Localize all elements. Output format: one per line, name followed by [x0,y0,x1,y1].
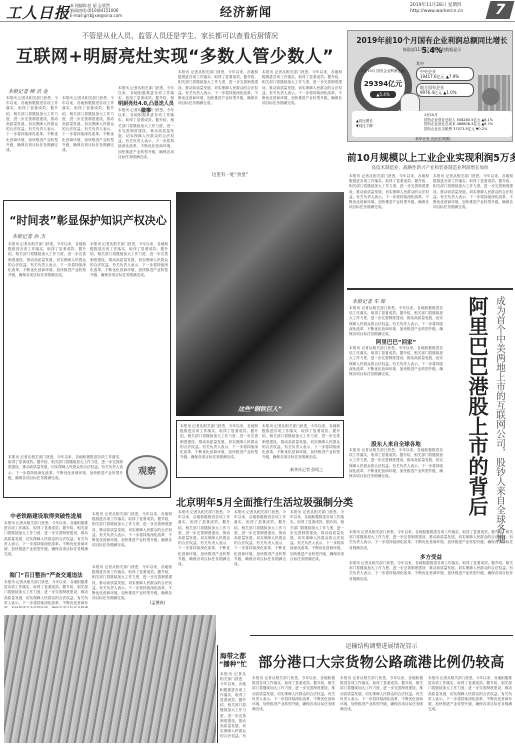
central-chip: 中央企业 19417.6亿元 ▲7.9% [416,67,474,81]
police-text-2: 本报讯 记者从相关部门获悉，今年以来，各地积极推进各项工作落实，取得了显著成效。… [92,565,172,601]
ports-col-3: 本报讯 记者从相关部门获悉，今年以来，各地积极推进各项工作落实，取得了显著成效。… [428,676,512,744]
alibaba-wide-1: 本报讯 记者从相关部门获悉，今年以来，各地积极推进各项工作落实，取得了显著成效。… [349,530,513,552]
alibaba-title[interactable]: 阿里巴巴港股上市的背后 [465,296,489,546]
photo-credit: 新华社记者 彭昭之 [290,467,323,473]
industry-col-1: 本报讯 记者从相关部门获悉，今年以来，各地积极推进各项工作落实，取得了显著成效。… [349,174,429,274]
ports-kicker: 运输结构调整进展情况显示 [250,641,513,650]
ip-col-1: 本报讯 记者从相关部门获悉，今年以来，各地积极推进各项工作落实，取得了显著成效。… [8,242,86,452]
site-link[interactable]: http://www.workercn.cn [410,9,463,15]
central-change: ▲7.9% [446,74,459,79]
lead-col-5: 本报讯 记者从相关部门获悉，今年以来，各地积极推进各项工作落实，取得了显著成效。… [262,70,342,180]
industry-col-2: 本报讯 记者从相关部门获悉，今年以来，各地积极推进各项工作落实，取得了显著成效。… [433,174,513,274]
ports-headline[interactable]: 部分港口大宗货物公路疏港比例仍较高 [250,652,513,672]
ring-value: 29394亿元 [358,79,408,89]
badge-label: 观察 [138,467,156,477]
sea-photo[interactable] [4,615,216,743]
industry-subhead: 高技术制造业、战略性新兴产业和装备制造业利润增长加快 [347,165,513,171]
lead-col-4: 本报讯 记者从相关部门获悉，今年以来，各地积极推进各项工作落实，取得了显著成效。… [178,70,258,180]
ip-headline[interactable]: “时间表”彰显保护知识产权决心 [8,212,168,228]
alibaba-byline: 本报记者 车 辉 [352,298,385,305]
alibaba-intro: 本报讯 记者从相关部门获悉，今年以来，各地积极推进各项工作落实，取得了显著成效。… [349,306,443,336]
railway-headline[interactable]: 中老铁路建设取得突破性进展 [4,512,88,520]
beijing-col-2: 本报讯 记者从相关部门获悉，今年以来，各地积极推进各项工作落实，取得了显著成效。… [234,510,286,602]
industry-headline[interactable]: 前10月规模以上工业企业实现利润5万多亿元 [347,150,513,164]
ports-col-1: 本报讯 记者从相关部门获悉，今年以来，各地积极推进各项工作落实，取得了显著成效。… [252,676,335,744]
sea-headline-2: “播种”忙 [218,660,248,668]
central-value: 19417.6亿元 [420,74,445,79]
ports-divider [250,635,513,636]
beijing-headline[interactable]: 北京明年5月全面推行生活垃圾强制分类 [176,494,344,509]
lead-headline[interactable]: 互联网+明厨亮灶实现“多数人管少数人” [10,42,340,67]
railway-text: 本报讯 记者从相关部门获悉，今年以来，各地积极推进各项工作落实，取得了显著成效。… [4,521,88,559]
lead-byline: 本报记者 柳 洁 金 [8,88,48,95]
infographic-credit: 新华社发 (边纪红制图) [398,137,468,142]
email[interactable]: E-mail:grrbjjxw@sina.com [70,13,122,18]
sea-headline-1: 海带之都 [218,652,248,660]
col-mid-text: 本报讯 记者从相关部门获悉，今年以来，各地积极推进各项工作落实，取得了显著成效。… [92,512,172,560]
lead-col-3: 本报讯 记者从相关部门获悉，今年以来，各地积极推进各项工作落实，取得了显著成效。… [118,108,174,196]
masthead-info: 本刊编辑:赵 丽 志欣然 新闻热线:(010)84151006 E-mail:g… [70,3,122,18]
police-text: 本报讯 记者从相关部门获悉，今年以来，各地积极推进各项工作落实，取得了显著成效。… [4,580,88,608]
alibaba-col-1: 本报讯 记者从相关部门获悉，今年以来，各地积极推进各项工作落实，取得了显著成效。… [349,346,443,438]
alibaba-subhead-3: 多方受益 [349,553,513,561]
photo-caption-small: 这里有一处“食堂” [200,172,260,178]
photo-text-2: 本报讯 记者从相关部门获悉，今年以来，各地积极推进各项工作落实，取得了显著成效。… [262,424,340,462]
police-headline[interactable]: 海门“百日整治”严查交通违法 [4,571,88,579]
ip-col-2: 本报讯 记者从相关部门获悉，今年以来，各地积极推进各项工作落实，取得了显著成效。… [90,242,168,452]
legend: ▲同比增长 ▼同比下降 [356,119,373,129]
main-photo-caption: 这些“钢铁巨人” [176,404,344,413]
observation-badge: 观察 [126,455,168,489]
beijing-col-3: 本报讯 记者从相关部门获悉，今年以来，各地积极推进各项工作落实，取得了显著成效。… [290,510,344,602]
lead-col-1: 本报讯 记者从相关部门获悉，今年以来，各地积极推进各项工作落实，取得了显著成效。… [6,96,58,196]
sea-text: 本报讯 记者从相关部门获悉，今年以来，各地积极推进各项工作落实，取得了显著成效。… [220,672,246,738]
alibaba-side-title: 成为首个中美两地上市的互联网公司，股钞人来自全球各地 [493,296,505,546]
alibaba-subhead-1: 阿里巴巴“回家” [349,338,443,346]
section-title: 经济新闻 [220,3,272,20]
local-change: ▲1.0% [443,90,456,95]
local-value: 9976.4亿元 [420,90,442,95]
alibaba-col-2: 本报讯 记者从相关部门获悉，今年以来，各地积极推进各项工作落实，取得了显著成效。… [349,448,443,528]
page-number: 7 [486,1,515,19]
ring-change: ▲5.4% [370,91,396,98]
newspaper-logo: 工人日报 [6,2,70,23]
infographic: 2019年前10个月国有企业利润总额同比增长5.4% 财政部11月27日发布的数… [347,30,513,142]
police-credit: (孟德春) [150,600,165,606]
alibaba-wide-2: 本报讯 记者从相关部门获悉，今年以来，各地积极推进各项工作落实，取得了显著成效。… [349,561,513,631]
lead-col-2: 本报讯 记者从相关部门获悉，今年以来，各地积极推进各项工作落实，取得了显著成效。… [62,96,114,196]
divider [347,288,513,290]
legend-down: ▼同比下降 [356,124,373,129]
beijing-col-1: 本报讯 记者从相关部门获悉，今年以来，各地积极推进各项工作落实，取得了显著成效。… [178,510,230,602]
summary-rows: 1至10月 国有企业营业总收入 508280.5亿元 ▲6.1% 国有企业营业总… [424,113,510,131]
main-photo[interactable] [176,192,344,416]
photo-text-1: 本报讯 记者从相关部门获悉，今年以来，各地积极推进各项工作落实，取得了显著成效。… [180,424,258,468]
summary-row: 国有企业应交税费 37073.5亿元 ▼0.2% [424,127,510,132]
infographic-source: 财政部11月27日发布的数据显示 [352,47,512,53]
local-chip: 地方国有企业 9976.4亿元 ▲1.0% [416,83,474,97]
ring-label: 1至10月 国有企业利润总额 [358,69,408,73]
alibaba-subhead-2: 股东人来自全球各地 [349,440,443,448]
lead-kicker: 不管是从业人员、监管人员还是学生、家长都可以查看后厨情况 [20,31,340,41]
ip-col-3: 本报讯 记者从相关部门获悉，今年以来，各地积极推进各项工作落实，取得了显著成效。… [8,455,123,493]
sea-headline[interactable]: 海带之都 “播种”忙 [218,652,248,668]
ports-col-2: 本报讯 记者从相关部门获悉，今年以来，各地积极推进各项工作落实，取得了显著成效。… [340,676,423,744]
money-bags-illustration [478,75,510,111]
date-info: 2019年11月28日 星期四 http://www.workercn.cn [410,3,463,15]
ip-byline: 本报记者 孙 杰 [12,233,45,240]
lead-col-3-top: 本报讯 记者从相关部门获悉，今年以来，各地积极推进各项工作落实，取得了显著成效。… [118,86,174,100]
masthead: 工人日报 本刊编辑:赵 丽 志欣然 新闻热线:(010)84151006 E-m… [0,0,515,22]
